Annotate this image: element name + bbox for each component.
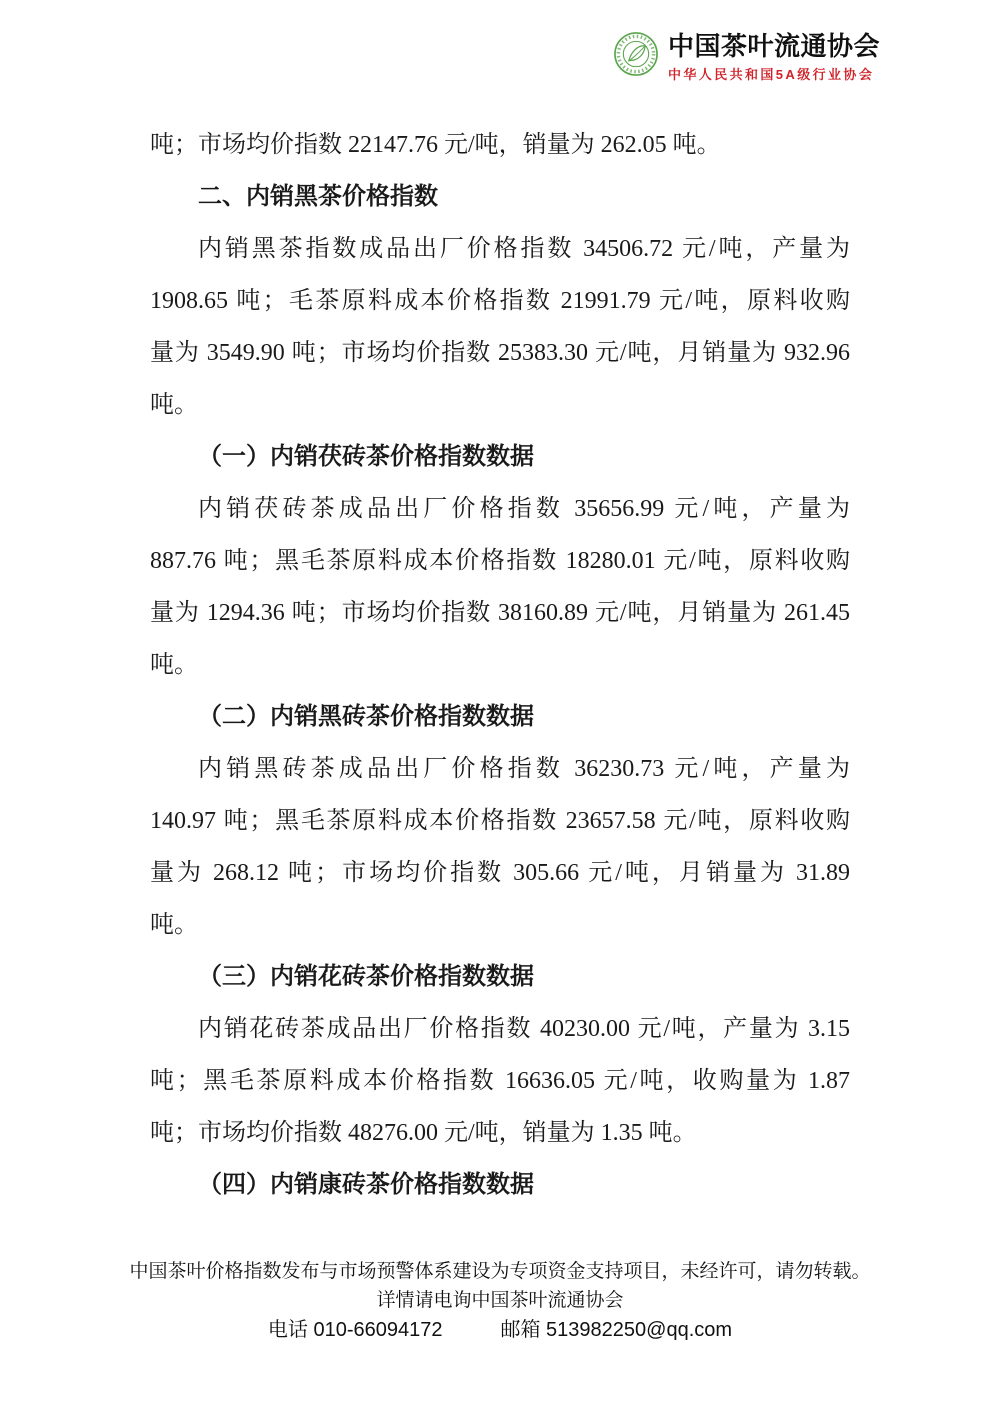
body-line: 内销茯砖茶成品出厂价格指数 35656.99 元/吨，产量为 xyxy=(150,483,850,535)
section-heading: （二）内销黑砖茶价格指数数据 xyxy=(150,691,850,743)
tea-leaf-emblem-icon xyxy=(613,31,659,77)
body-line: 吨。 xyxy=(150,899,850,951)
footer-notice: 中国茶叶价格指数发布与市场预警体系建设为专项资金支持项目，未经许可，请勿转载。 xyxy=(0,1257,1000,1286)
body-line: 吨；市场均价指数 48276.00 元/吨，销量为 1.35 吨。 xyxy=(150,1107,850,1159)
body-line: 内销黑茶指数成品出厂价格指数 34506.72 元/吨，产量为 xyxy=(150,223,850,275)
footer-inquiry: 详情请电询中国茶叶流通协会 xyxy=(0,1286,1000,1315)
footer-email: 邮箱 513982250@qq.com xyxy=(501,1319,733,1341)
footer-contact: 电话 010-66094172邮箱 513982250@qq.com xyxy=(0,1315,1000,1345)
section-heading: （一）内销茯砖茶价格指数数据 xyxy=(150,431,850,483)
body-line: 量为 1294.36 吨；市场均价指数 38160.89 元/吨，月销量为 26… xyxy=(150,587,850,639)
org-subtitle: 中华人民共和国5A级行业协会 xyxy=(668,64,880,83)
body-line: 吨。 xyxy=(150,379,850,431)
body-line: 内销花砖茶成品出厂价格指数 40230.00 元/吨，产量为 3.15 xyxy=(150,1003,850,1055)
org-header-text: 中国茶叶流通协会 中华人民共和国5A级行业协会 xyxy=(668,31,880,83)
document-page: 中国茶叶流通协会 中华人民共和国5A级行业协会 吨；市场均价指数 22147.7… xyxy=(0,0,1000,1413)
section-heading: （四）内销康砖茶价格指数数据 xyxy=(150,1159,850,1211)
body-line: 吨；市场均价指数 22147.76 元/吨，销量为 262.05 吨。 xyxy=(150,119,850,171)
org-logo xyxy=(613,31,659,77)
org-name: 中国茶叶流通协会 xyxy=(668,31,880,62)
body-line: 量为 268.12 吨；市场均价指数 305.66 元/吨，月销量为 31.89 xyxy=(150,847,850,899)
body-line: 内销黑砖茶成品出厂价格指数 36230.73 元/吨，产量为 xyxy=(150,743,850,795)
section-heading: （三）内销花砖茶价格指数数据 xyxy=(150,951,850,1003)
org-header: 中国茶叶流通协会 中华人民共和国5A级行业协会 xyxy=(613,31,880,83)
body-line: 吨。 xyxy=(150,639,850,691)
body-line: 1908.65 吨；毛茶原料成本价格指数 21991.79 元/吨，原料收购 xyxy=(150,275,850,327)
footer-phone: 电话 010-66094172 xyxy=(268,1319,443,1341)
body-line: 887.76 吨；黑毛茶原料成本价格指数 18280.01 元/吨，原料收购 xyxy=(150,535,850,587)
document-body: 吨；市场均价指数 22147.76 元/吨，销量为 262.05 吨。二、内销黑… xyxy=(150,119,850,1211)
body-line: 量为 3549.90 吨；市场均价指数 25383.30 元/吨，月销量为 93… xyxy=(150,327,850,379)
page-footer: 中国茶叶价格指数发布与市场预警体系建设为专项资金支持项目，未经许可，请勿转载。 … xyxy=(0,1257,1000,1345)
section-heading: 二、内销黑茶价格指数 xyxy=(150,171,850,223)
body-line: 140.97 吨；黑毛茶原料成本价格指数 23657.58 元/吨，原料收购 xyxy=(150,795,850,847)
body-line: 吨；黑毛茶原料成本价格指数 16636.05 元/吨，收购量为 1.87 xyxy=(150,1055,850,1107)
